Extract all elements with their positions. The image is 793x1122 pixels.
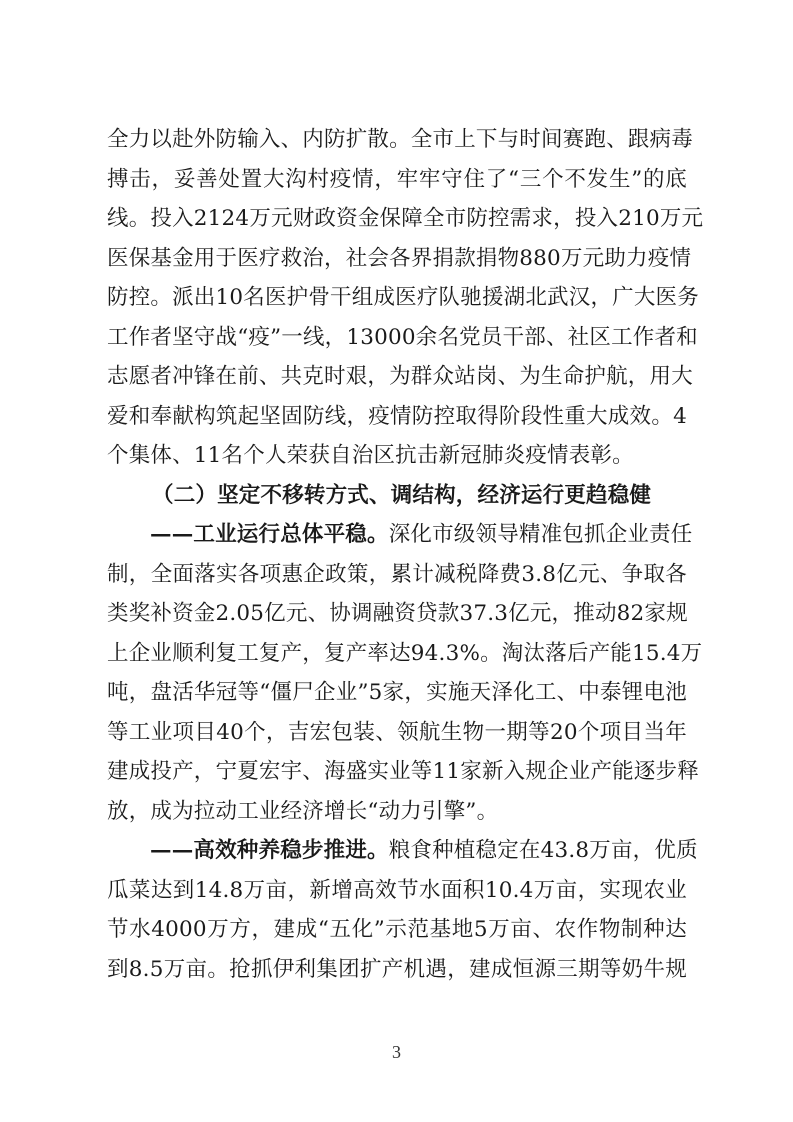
body-text-line: 制，全面落实各项惠企政策，累计减税降费3.8亿元、争取各 bbox=[107, 562, 687, 588]
body-text-line: 到8.5万亩。抢抓伊利集团扩产机遇，建成恒源三期等奶牛规 bbox=[107, 957, 687, 983]
body-text-line: 上企业顺利复工复产，复产率达94.3%。淘汰落后产能15.4万 bbox=[107, 641, 687, 667]
body-text-line: 类奖补资金2.05亿元、协调融资贷款37.3亿元，推动82家规 bbox=[107, 601, 687, 627]
document-page: 全力以赴外防输入、内防扩散。全市上下与时间赛跑、跟病毒 搏击，妥善处置大沟村疫情… bbox=[0, 0, 793, 1122]
body-text-line: 防控。派出10名医护骨干组成医疗队驰援湖北武汉，广大医务 bbox=[107, 285, 687, 311]
body-text-line: 线。投入2124万元财政资金保障全市防控需求，投入210万元 bbox=[107, 206, 687, 232]
body-text-line: 爱和奉献构筑起坚固防线，疫情防控取得阶段性重大成效。4 bbox=[107, 404, 687, 430]
body-text-line: 瓜菜达到14.8万亩，新增高效节水面积10.4万亩，实现农业 bbox=[107, 878, 687, 904]
page-number: 3 bbox=[0, 1042, 793, 1063]
paragraph-agriculture-first-line: ——高效种养稳步推进。粮食种植稳定在43.8万亩，优质 bbox=[150, 838, 687, 864]
body-text-line: 全力以赴外防输入、内防扩散。全市上下与时间赛跑、跟病毒 bbox=[107, 127, 687, 153]
paragraph-lead-agriculture: ——高效种养稳步推进。 bbox=[150, 838, 389, 863]
body-text-line: 放，成为拉动工业经济增长“动力引擎”。 bbox=[107, 799, 687, 825]
body-text-line: 吨，盘活华冠等“僵尸企业”5家，实施天泽化工、中泰锂电池 bbox=[107, 680, 687, 706]
paragraph-lead-industry: ——工业运行总体平稳。 bbox=[150, 522, 389, 547]
paragraph-text: 深化市级领导精准包抓企业责任 bbox=[389, 522, 693, 547]
body-text-line: 等工业项目40个，吉宏包装、领航生物一期等20个项目当年 bbox=[107, 720, 687, 746]
body-text-line: 志愿者冲锋在前、共克时艰，为群众站岗、为生命护航，用大 bbox=[107, 364, 687, 390]
section-heading: （二）坚定不移转方式、调结构，经济运行更趋稳健 bbox=[152, 483, 692, 509]
body-text-line: 医保基金用于医疗救治，社会各界捐款捐物880万元助力疫情 bbox=[107, 246, 687, 272]
body-text-line: 节水4000万方，建成“五化”示范基地5万亩、农作物制种达 bbox=[107, 917, 687, 943]
paragraph-text: 粮食种植稳定在43.8万亩，优质 bbox=[389, 838, 698, 863]
body-text-line: 个集体、11名个人荣获自治区抗击新冠肺炎疫情表彰。 bbox=[107, 443, 687, 469]
body-text-line: 建成投产，宁夏宏宇、海盛实业等11家新入规企业产能逐步释 bbox=[107, 759, 687, 785]
body-text-line: 工作者坚守战“疫”一线，13000余名党员干部、社区工作者和 bbox=[107, 325, 687, 351]
paragraph-industry-first-line: ——工业运行总体平稳。深化市级领导精准包抓企业责任 bbox=[150, 522, 687, 548]
body-text-line: 搏击，妥善处置大沟村疫情，牢牢守住了“三个不发生”的底 bbox=[107, 167, 687, 193]
